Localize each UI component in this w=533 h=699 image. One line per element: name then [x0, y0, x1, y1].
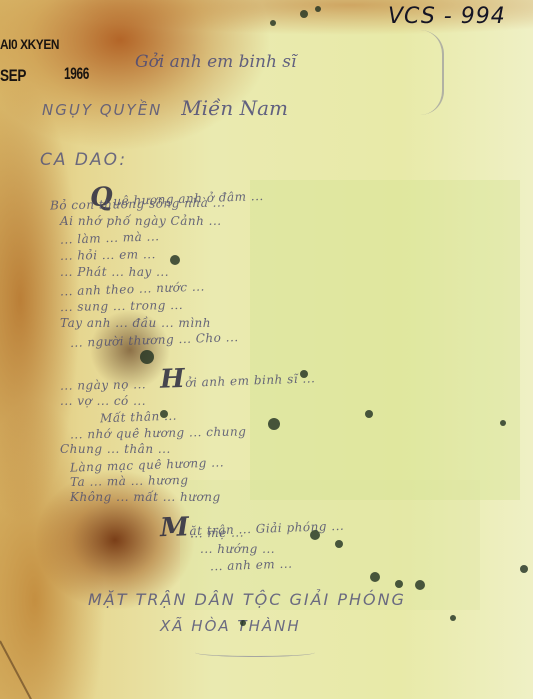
handwritten-line: Ta ... mà ... hương	[70, 473, 189, 489]
handwritten-line: ... ngày nọ ...	[60, 377, 146, 393]
scan-patch	[250, 180, 520, 500]
handwritten-line: Chung ... thân ...	[60, 442, 171, 456]
handwritten-line: Ai nhớ phố ngày Cảnh ...	[60, 214, 222, 228]
handwritten-line: Không ... mất ... hương	[70, 490, 221, 504]
document-title: Gởi anh em binh sĩ	[135, 52, 296, 72]
signature-location: XÃ HÒA THÀNH	[160, 617, 301, 635]
ink-spot	[450, 615, 456, 621]
subtitle-script: Miền Nam	[181, 96, 288, 120]
ink-spot	[270, 20, 276, 26]
section-heading: CA DAO:	[40, 150, 127, 170]
reference-number: VCS - 994	[388, 4, 506, 29]
ink-spot	[300, 370, 308, 378]
handwritten-line: ... mẹ ...	[190, 526, 244, 541]
ink-spot	[500, 420, 506, 426]
ink-spot	[520, 565, 528, 573]
archive-stamp-text: AI0 XKYEN	[0, 36, 59, 52]
ink-spot	[170, 255, 180, 265]
handwritten-line: ... hướng ...	[200, 542, 275, 556]
ink-spot	[310, 530, 320, 540]
handwritten-line: ... hỏi ... em ...	[60, 247, 156, 263]
ink-spot	[335, 540, 343, 548]
handwritten-line: ... Phát ... hay ...	[60, 265, 169, 279]
signature-underline	[195, 648, 315, 657]
ink-spot	[395, 580, 403, 588]
ink-spot	[268, 418, 280, 430]
ink-spot	[160, 410, 168, 418]
ink-spot	[365, 410, 373, 418]
handwritten-line: ... sung ... trong ...	[60, 298, 183, 314]
ink-spot	[315, 6, 321, 12]
archive-stamp-year: 1966	[64, 64, 89, 84]
handwritten-line: Hởi anh em binh sĩ ...	[160, 359, 316, 394]
ink-spot	[140, 350, 154, 364]
bracket-mark	[420, 30, 444, 115]
archive-stamp-month: SEP	[0, 66, 26, 86]
handwritten-line: ... anh em ...	[210, 557, 293, 574]
signature-organization: MẶT TRẬN DÂN TỘC GIẢI PHÓNG	[88, 590, 406, 609]
handwritten-line: Tay anh ... đầu ... mình	[60, 316, 211, 330]
ink-spot	[240, 620, 246, 626]
document-subtitle: NGỤY QUYỀN Miền Nam	[42, 96, 288, 120]
ink-spot	[370, 572, 380, 582]
ink-spot	[300, 10, 308, 18]
ink-spot	[415, 580, 425, 590]
subtitle-caps: NGỤY QUYỀN	[42, 101, 162, 119]
handwritten-line: ... vợ ... có ...	[60, 394, 146, 408]
